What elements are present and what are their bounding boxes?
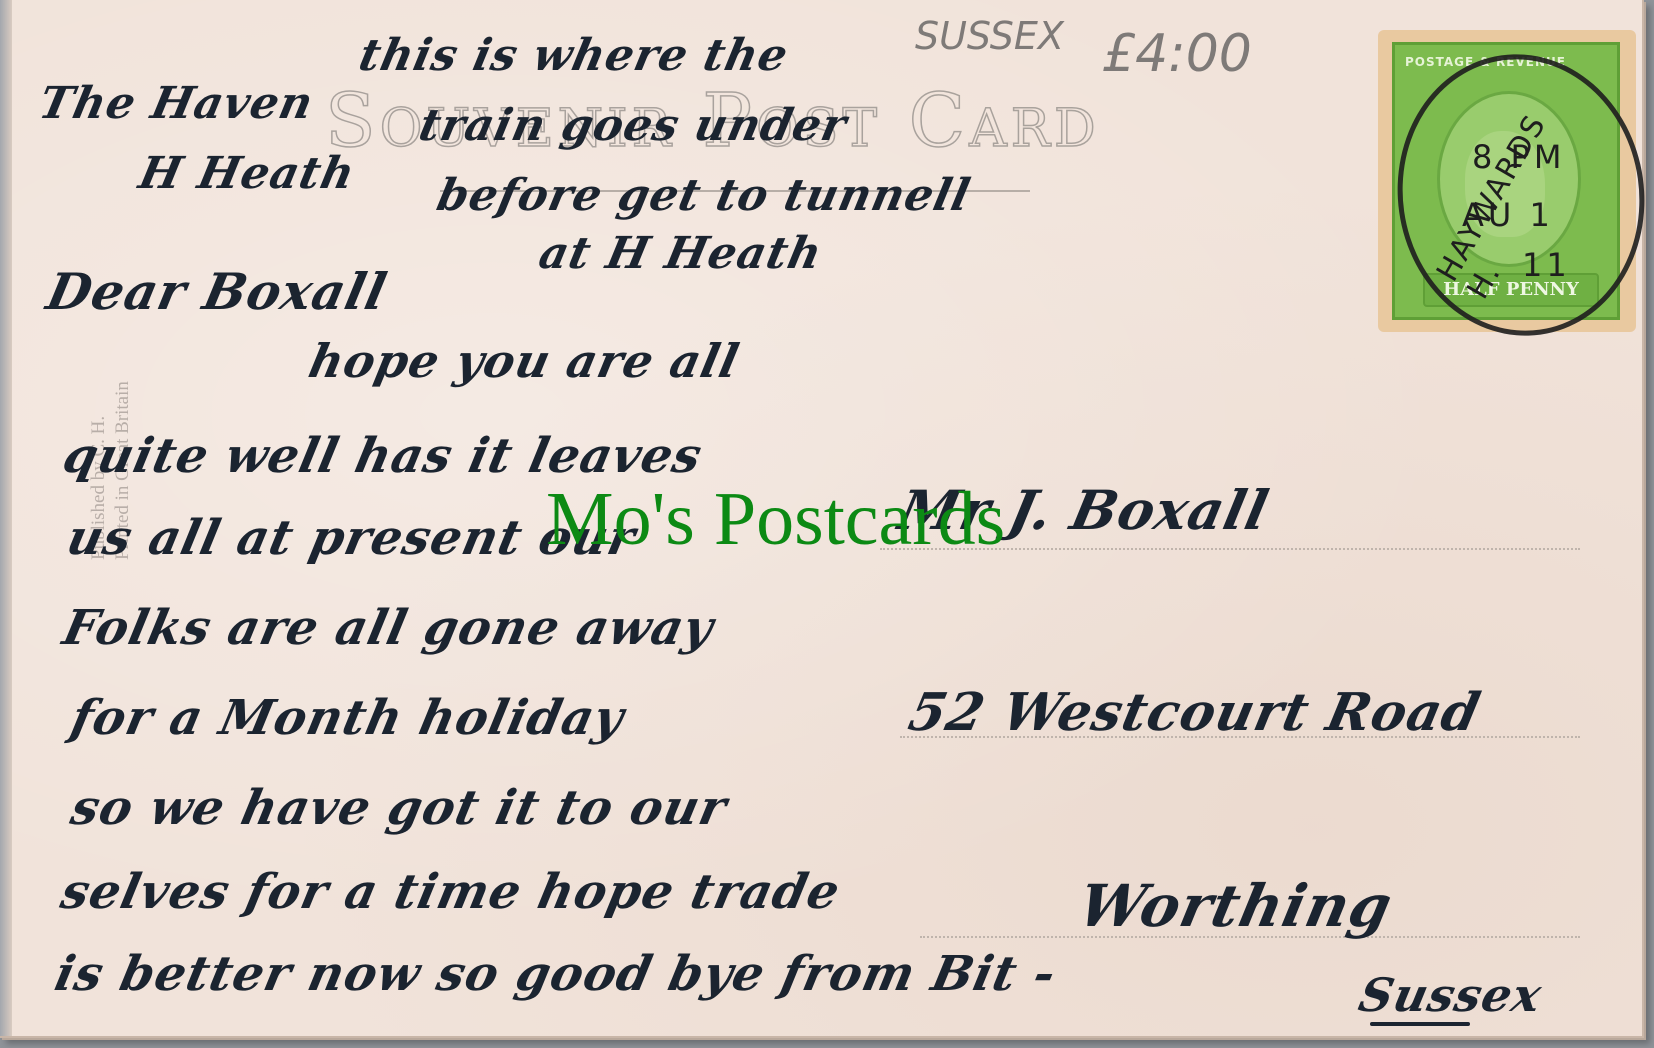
message-line: for a Month holiday [66, 690, 629, 746]
margin-note-line: at H Heath [535, 228, 827, 279]
postmark-date: AU 1 [1462, 196, 1554, 234]
message-line: Folks are all gone away [58, 600, 719, 656]
margin-note-line: before get to tunnell [433, 170, 975, 221]
sender-address-line: H Heath [135, 148, 360, 199]
county-underline [1370, 1022, 1470, 1026]
card-edge-shadow [0, 0, 12, 1036]
pencil-price-note: £4:00 [1102, 24, 1252, 84]
postmark-time: 8 PM [1472, 138, 1565, 176]
message-line: is better now so good bye from Bit - [50, 946, 1061, 1002]
salutation: Dear Boxall [42, 262, 393, 321]
recipient-town: Worthing [1073, 872, 1399, 940]
sender-address-line: The Haven [35, 78, 319, 129]
watermark: Mo's Postcards [546, 476, 1005, 563]
postcard-back: Souvenir Post Card Published by C. H. Pr… [0, 0, 1644, 1038]
postmark-year: 11 [1522, 246, 1571, 284]
recipient-county: Sussex [1354, 968, 1547, 1022]
recipient-street: 52 Westcourt Road [904, 682, 1487, 743]
margin-note-line: train goes under [415, 100, 852, 151]
message-line: selves for a time hope trade [56, 864, 845, 920]
message-line: so we have got it to our [66, 780, 732, 836]
pencil-county-note: SUSSEX [915, 14, 1064, 58]
margin-note-line: this is where the [355, 30, 793, 81]
message-line: hope you are all [304, 334, 744, 388]
